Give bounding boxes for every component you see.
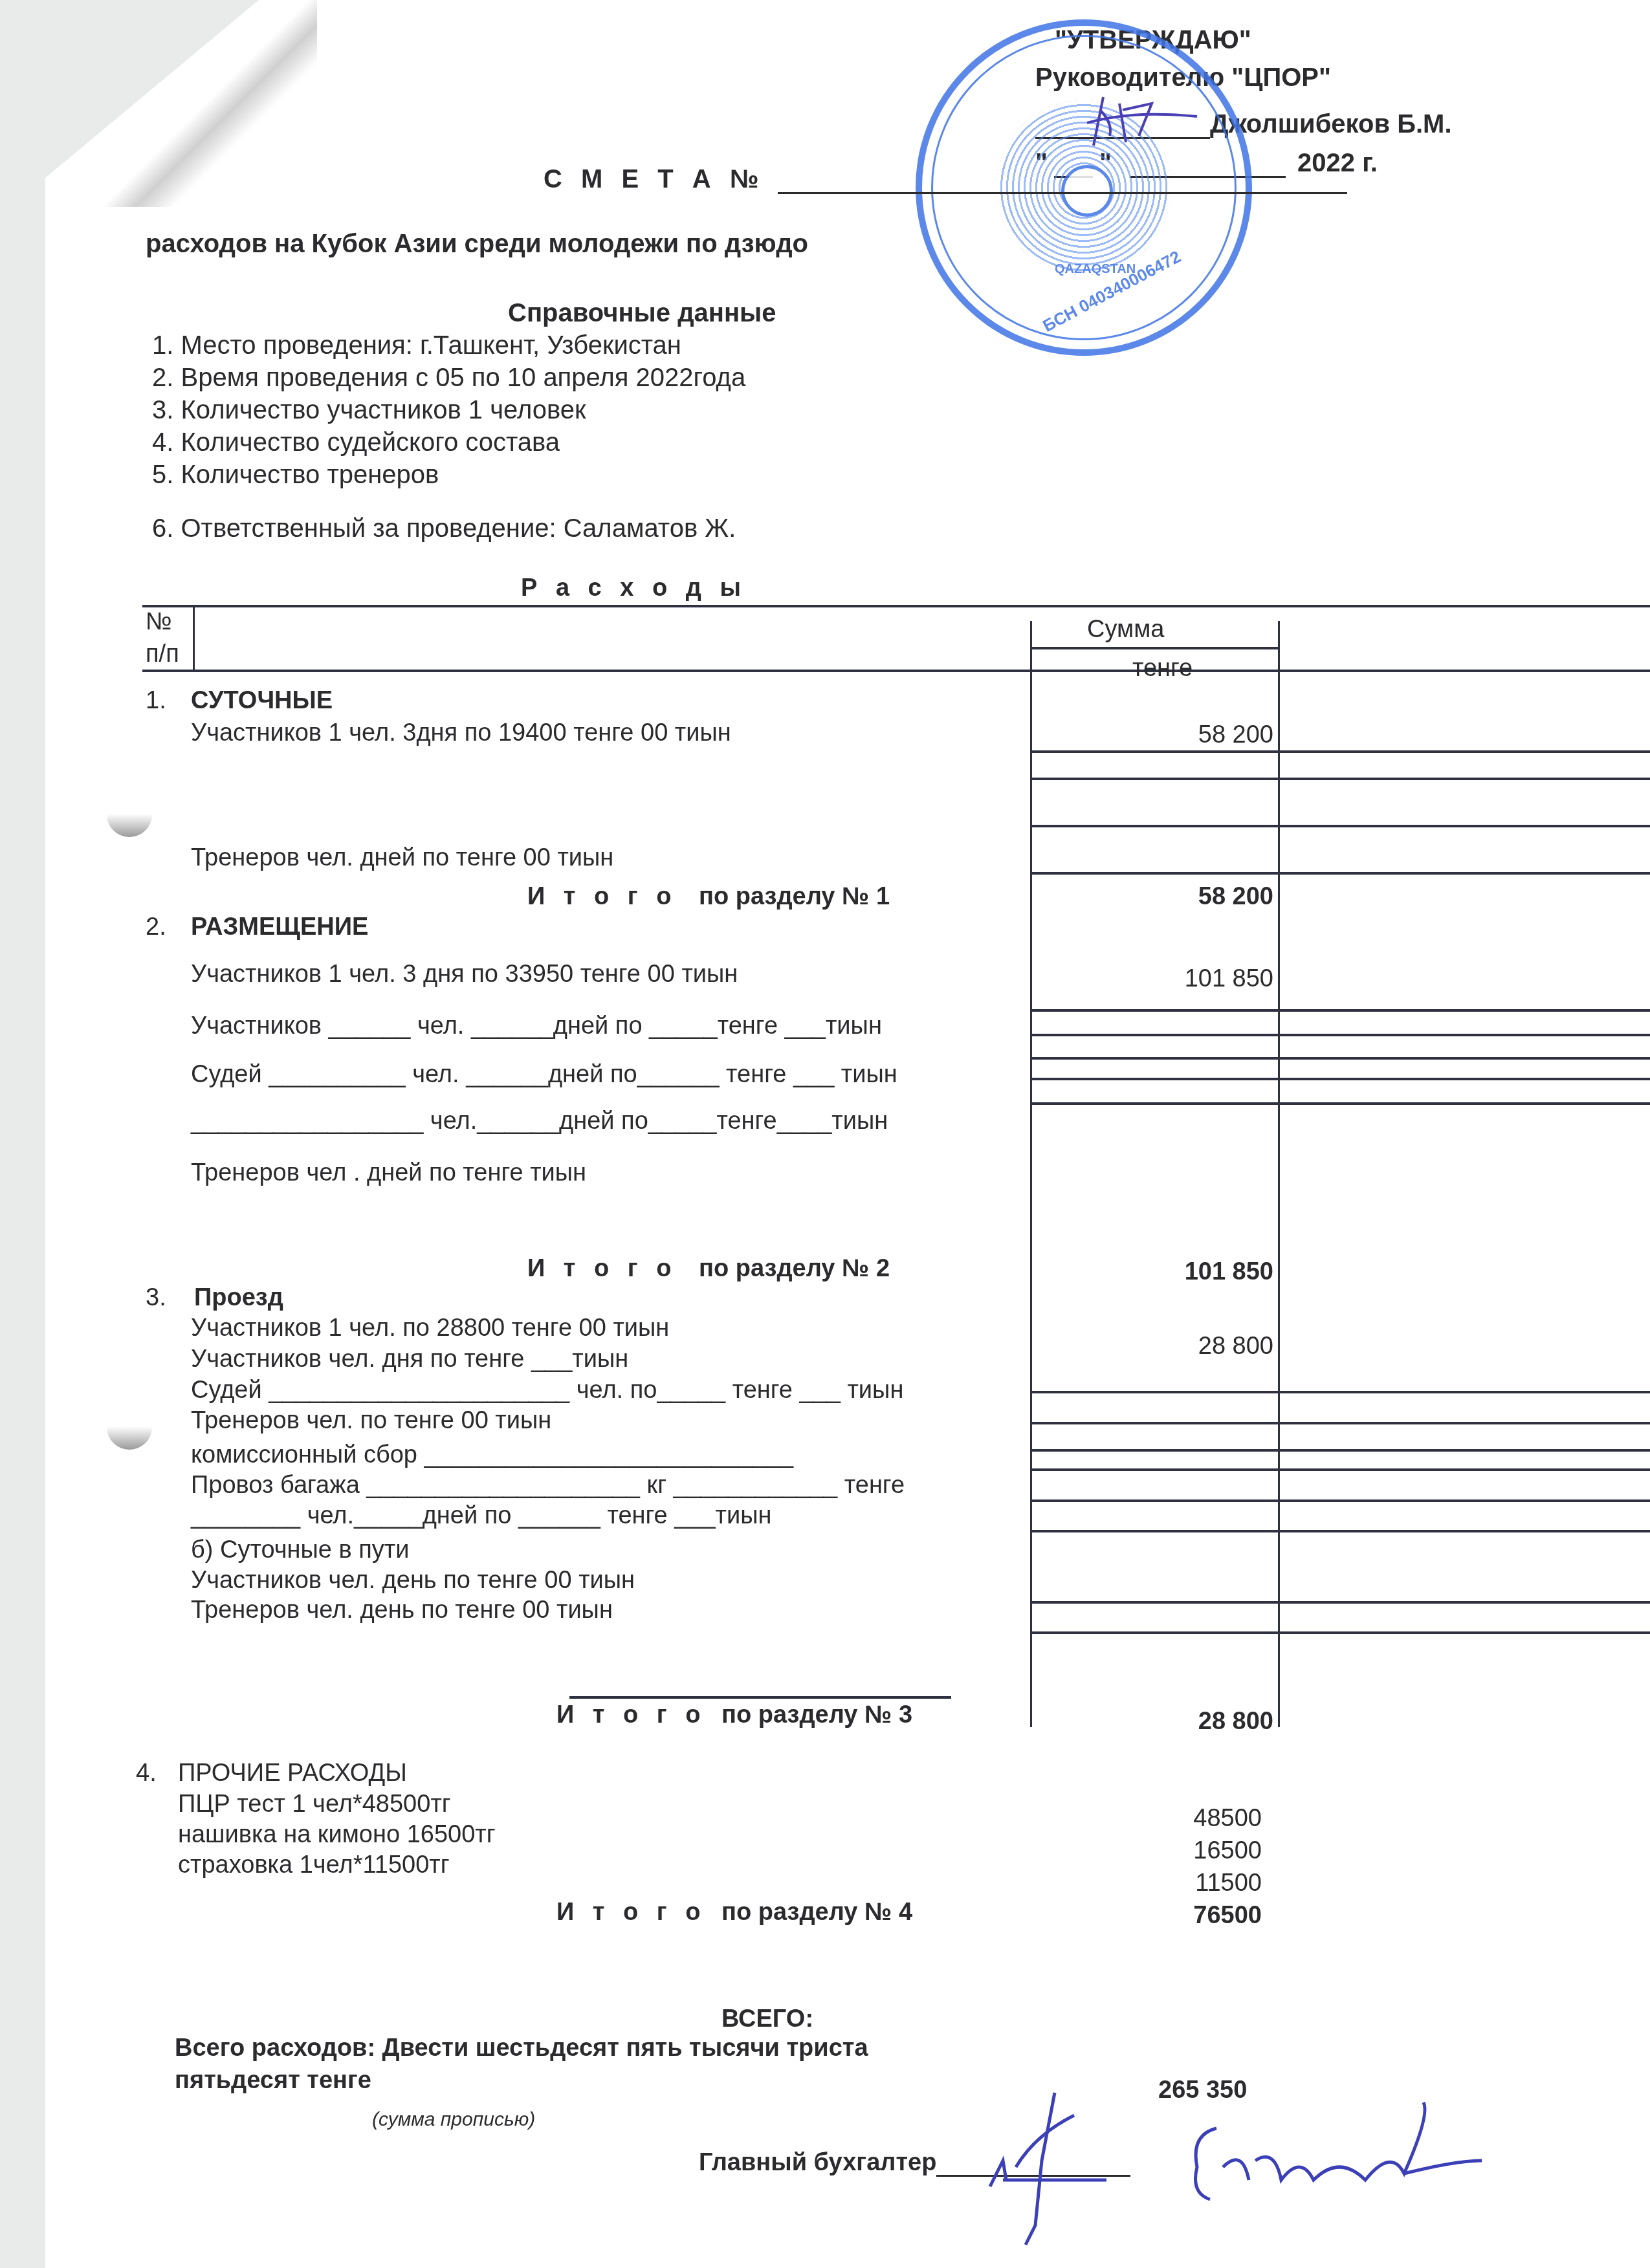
director-signature-icon: [1074, 84, 1204, 155]
expense-line: Участников 1 чел. 3 дня по 33950 тенге 0…: [191, 961, 738, 988]
section-total: 76500: [1035, 1902, 1262, 1930]
expense-line: ________ чел._____дней по ______ тенге _…: [191, 1502, 772, 1530]
expense-line: Тренеров чел. по тенге 00 тиын: [191, 1407, 551, 1435]
row-line: [1030, 1449, 1650, 1452]
col-header-number: №: [146, 608, 172, 636]
expense-line: Тренеров чел . дней по тенге тиын: [191, 1159, 586, 1187]
expense-line: страховка 1чел*11500тг: [178, 1851, 450, 1879]
section-title: ПРОЧИЕ РАСХОДЫ: [178, 1760, 407, 1787]
section-title: РАЗМЕЩЕНИЕ: [191, 913, 368, 941]
expense-amount: 16500: [1035, 1837, 1262, 1865]
expense-amount: 48500: [1035, 1805, 1262, 1833]
section-title: СУТОЧНЫЕ: [191, 687, 333, 715]
document-number-blank: [778, 192, 1347, 194]
row-line: [1030, 825, 1650, 827]
accountant-label-text: Главный бухгалтер: [699, 2149, 936, 2176]
expense-line: нашивка на кимоно 16500тг: [178, 1821, 496, 1849]
col-divider: [193, 605, 195, 670]
header-split-line: [1030, 647, 1279, 649]
section-total-prefix: И т о г о: [556, 1899, 706, 1926]
row-line: [1030, 1422, 1650, 1424]
expense-line: Судей ______________________ чел. по____…: [191, 1377, 903, 1404]
section-total-label: по разделу № 1: [699, 883, 890, 911]
expense-line: Провоз багажа ____________________ кг __…: [191, 1472, 905, 1499]
row-line: [1030, 1601, 1650, 1604]
title-text: С М Е Т А №: [544, 165, 764, 193]
approval-name: Джолшибеков Б.М.: [1210, 110, 1452, 138]
section-total-label: по разделу № 2: [699, 1255, 890, 1283]
expense-line: _________________ чел.______дней по_____…: [191, 1107, 888, 1135]
col-header-number-sub: п/п: [146, 640, 179, 668]
row-line: [1030, 872, 1650, 875]
section-total-label: по разделу № 4: [721, 1899, 912, 1926]
document-page: "УТВЕРЖДАЮ" Руководителю "ЦПОР" Джолшибе…: [45, 0, 1650, 2268]
reference-item: 6. Ответственный за проведение: Саламато…: [152, 514, 736, 543]
expenses-heading: Р а с х о д ы: [521, 574, 747, 602]
expense-line: Участников 1 чел. по 28800 тенге 00 тиын: [191, 1314, 669, 1342]
row-line: [1030, 1057, 1650, 1060]
expense-line: ПЦР тест 1 чел*48500тг: [178, 1791, 451, 1818]
row-line: [1030, 1391, 1650, 1393]
reference-item: 2. Время проведения с 05 по 10 апреля 20…: [152, 364, 745, 393]
section-total-prefix: И т о г о: [556, 1701, 706, 1729]
expense-line: Участников чел. день по тенге 00 тиын: [191, 1567, 635, 1595]
grand-total-label: ВСЕГО:: [721, 2005, 813, 2033]
folded-corner: [45, 0, 317, 207]
col-divider-sum-left: [1030, 621, 1032, 1727]
row-line: [1030, 1078, 1650, 1080]
row-line: [1030, 1102, 1650, 1105]
accountant-signature-icon: [977, 2089, 1611, 2251]
row-line: [1030, 778, 1650, 780]
col-header-sum: Сумма: [1087, 616, 1164, 644]
section-total: 101 850: [1035, 1258, 1273, 1286]
expense-amount: 58 200: [1035, 721, 1273, 749]
reference-item: 4. Количество судейского состава: [152, 428, 560, 457]
reference-item: 1. Место проведения: г.Ташкент, Узбекист…: [152, 331, 681, 360]
section-number: 4.: [136, 1760, 157, 1787]
document-title: С М Е Т А №: [544, 165, 1347, 194]
reference-item: 5. Количество тренеров: [152, 461, 439, 490]
row-line: [1030, 750, 1650, 753]
row-line: [1030, 1631, 1650, 1634]
reference-item: 3. Количество участников 1 человек: [152, 396, 586, 425]
section-total: 28 800: [1035, 1708, 1273, 1736]
expense-amount: 101 850: [1035, 965, 1273, 993]
in-words-caption: (сумма прописью): [372, 2109, 535, 2131]
table-header-bottom: [142, 670, 1650, 672]
row-line: [1030, 1009, 1650, 1012]
expense-line: Тренеров чел. день по тенге 00 тиын: [191, 1597, 613, 1624]
total-in-words: Всего расходов: Двести шестьдесят пять т…: [175, 2034, 868, 2062]
reference-heading: Справочные данные: [508, 299, 776, 328]
row-line: [1030, 1034, 1650, 1036]
expense-amount: 28 800: [1035, 1333, 1273, 1360]
row-line: [1030, 1468, 1650, 1471]
expense-line: Участников ______ чел. ______дней по ___…: [191, 1012, 882, 1040]
row-line: [1030, 1530, 1650, 1532]
section-number: 3.: [146, 1284, 166, 1312]
section-total: 58 200: [1035, 883, 1273, 911]
section-total-prefix: И т о г о: [527, 1255, 677, 1283]
row-line: [1030, 1499, 1650, 1502]
expense-amount: 11500: [1035, 1870, 1262, 1897]
expense-line: б) Суточные в пути: [191, 1536, 409, 1564]
expense-line: комиссионный сбор ______________________…: [191, 1441, 793, 1469]
section-title: Проезд: [194, 1284, 283, 1312]
col-divider-sum-right: [1278, 621, 1280, 1727]
expense-line: Тренеров чел. дней по тенге 00 тиын: [191, 844, 613, 872]
section-number: 2.: [146, 913, 166, 941]
document-subtitle: расходов на Кубок Азии среди молодежи по…: [146, 230, 808, 259]
expense-line: Участников 1 чел. 3дня по 19400 тенге 00…: [191, 719, 731, 747]
expense-line: Судей __________ чел. ______дней по_____…: [191, 1061, 897, 1089]
col-header-currency: тенге: [1132, 655, 1193, 682]
expense-line: Участников чел. дня по тенге ___тиын: [191, 1346, 628, 1373]
section-total-label: по разделу № 3: [721, 1701, 912, 1729]
total-in-words-cont: пятьдесят тенге: [175, 2067, 371, 2095]
section-total-prefix: И т о г о: [527, 883, 677, 911]
table-top-border: [142, 605, 1650, 607]
subtotal-rule: [569, 1696, 951, 1699]
section-number: 1.: [146, 687, 166, 715]
